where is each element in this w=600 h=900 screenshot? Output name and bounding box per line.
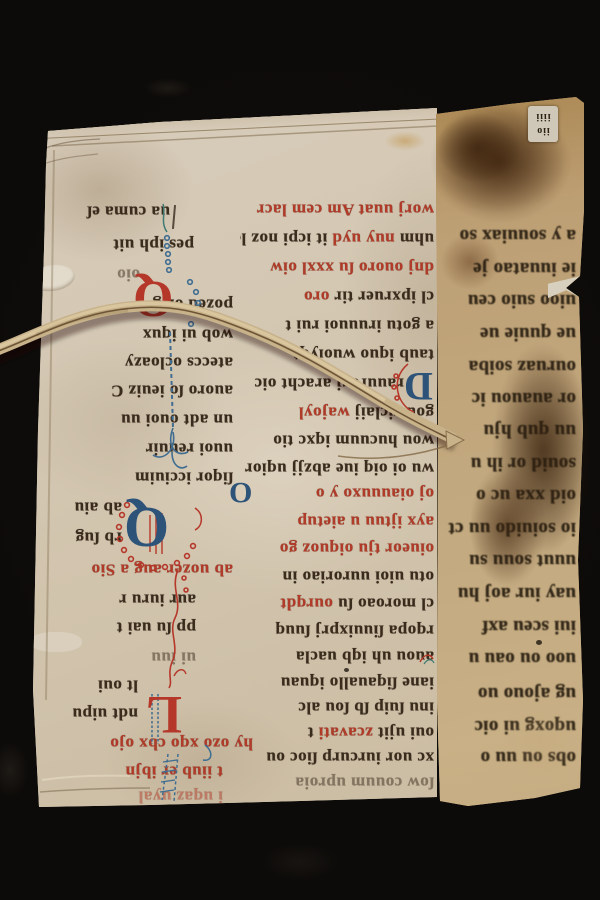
label-fragment: iiii iio xyxy=(528,106,558,142)
initial-red-L: L xyxy=(146,688,182,742)
fragment-line: iiii xyxy=(530,110,556,122)
teal-flourish-tip xyxy=(163,204,167,232)
initial-red-Q: Q xyxy=(133,272,173,324)
photo-scene: ua cuma eſpes iph uitoiopozed oz gwob ui… xyxy=(0,0,600,900)
ink-speck xyxy=(536,640,542,645)
initial-blue-Q: Q xyxy=(124,498,169,556)
initial-blue-D: D xyxy=(404,366,433,406)
teal-flourish-small xyxy=(424,660,434,664)
fragment-line: iio xyxy=(530,124,556,136)
initial-blue-O: O xyxy=(229,477,252,507)
tear-notch xyxy=(548,276,581,298)
